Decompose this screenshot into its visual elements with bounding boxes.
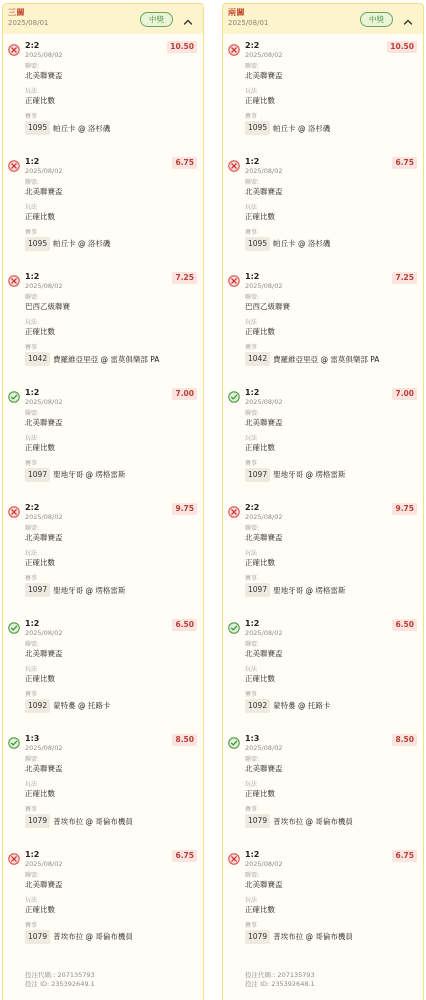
event-label: 賽事 (245, 344, 257, 352)
leg-score: 2:2 (25, 41, 39, 51)
league-value: 北美聯賽盃 (245, 418, 283, 428)
event-id: 1095 (25, 121, 50, 135)
league-label: 聯盟: (25, 179, 39, 187)
event-label: 賽事 (245, 575, 257, 583)
odds-badge: 6.50 (172, 619, 197, 631)
x-circle-icon (8, 157, 20, 169)
event-name: 普埃布拉 @ 哥倫布機員 (273, 816, 353, 827)
leg-score: 1:2 (25, 272, 39, 282)
play-value: 正確比數 (245, 212, 275, 222)
leg-score: 2:2 (245, 41, 259, 51)
list-item: 1:2 2025/08/02 6.50 聯盟: 北美聯賽盃 玩法 正確比數 賽事… (8, 619, 197, 735)
x-circle-icon (8, 41, 20, 53)
leg-date: 2025/08/02 (245, 167, 282, 176)
play-value: 正確比數 (245, 789, 275, 799)
event-id: 1079 (245, 814, 270, 828)
leg-score: 1:2 (25, 157, 39, 167)
bet-slip-list: 三關 2025/08/01 中獎 2:2 2025/08/02 10.50 聯盟… (0, 0, 426, 1000)
panel-title: 兩關 (228, 8, 423, 18)
league-value: 北美聯賽盃 (245, 649, 283, 659)
play-value: 正確比數 (245, 443, 275, 453)
event-name: 費羅維亞里亞 @ 雷莫俱樂部 PA (53, 354, 159, 365)
play-label: 玩法 (245, 319, 257, 327)
event-id: 1092 (25, 699, 50, 713)
odds-badge: 9.75 (392, 503, 417, 515)
list-item: 2:2 2025/08/02 9.75 聯盟: 北美聯賽盃 玩法 正確比數 賽事… (228, 503, 417, 619)
event-name: 普埃布拉 @ 哥倫布機員 (273, 931, 353, 942)
league-label: 聯盟: (245, 872, 259, 880)
check-circle-icon (8, 388, 20, 400)
list-item: 1:2 2025/08/02 6.75 聯盟: 北美聯賽盃 玩法 正確比數 賽事… (8, 157, 197, 273)
event-name: 蒙特婁 @ 托路卡 (53, 700, 110, 711)
league-value: 北美聯賽盃 (25, 418, 63, 428)
list-item: 1:3 2025/08/02 8.50 聯盟: 北美聯賽盃 玩法 正確比數 賽事… (228, 734, 417, 850)
bet-meta: 投注代碼:: 207135793 投注 ID: 235392648.1 (223, 965, 423, 989)
event-row: 1097 聖地牙哥 @ 塄格雷斯 (245, 583, 345, 597)
league-value: 北美聯賽盃 (25, 880, 63, 890)
event-id: 1095 (245, 121, 270, 135)
event-name: 帕丘卡 @ 洛杉磯 (273, 123, 330, 134)
event-row: 1079 普埃布拉 @ 哥倫布機員 (245, 930, 353, 944)
leg-date: 2025/08/02 (25, 282, 62, 291)
play-value: 正確比數 (245, 96, 275, 106)
panel-date: 2025/08/01 (8, 18, 203, 28)
play-label: 玩法 (245, 435, 257, 443)
list-item: 1:2 2025/08/02 7.00 聯盟: 北美聯賽盃 玩法 正確比數 賽事… (228, 388, 417, 504)
leg-date: 2025/08/02 (245, 629, 282, 638)
play-value: 正確比數 (245, 327, 275, 337)
event-name: 普埃布拉 @ 哥倫布機員 (53, 931, 133, 942)
leg-score: 1:3 (245, 734, 259, 744)
play-label: 玩法 (25, 88, 37, 96)
leg-score: 1:2 (245, 272, 259, 282)
league-label: 聯盟: (245, 756, 259, 764)
event-id: 1097 (25, 468, 50, 482)
leg-date: 2025/08/02 (25, 744, 62, 753)
event-row: 1079 普埃布拉 @ 哥倫布機員 (245, 814, 353, 828)
play-value: 正確比數 (245, 558, 275, 568)
play-label: 玩法 (25, 550, 37, 558)
panel-header[interactable]: 三關 2025/08/01 中獎 (3, 4, 203, 34)
x-circle-icon (228, 157, 240, 169)
leg-date: 2025/08/02 (245, 51, 282, 60)
league-label: 聯盟: (245, 525, 259, 533)
event-name: 聖地牙哥 @ 塄格雷斯 (53, 585, 125, 596)
play-value: 正確比數 (25, 96, 55, 106)
event-id: 1042 (25, 352, 50, 366)
league-label: 聯盟: (245, 641, 259, 649)
play-label: 玩法 (245, 897, 257, 905)
play-value: 正確比數 (25, 789, 55, 799)
league-label: 聯盟: (245, 63, 259, 71)
league-label: 聯盟: (25, 756, 39, 764)
event-name: 普埃布拉 @ 哥倫布機員 (53, 816, 133, 827)
x-circle-icon (228, 503, 240, 515)
panel-title: 三關 (8, 8, 203, 18)
event-row: 1042 費羅維亞里亞 @ 雷莫俱樂部 PA (245, 352, 379, 366)
league-value: 北美聯賽盃 (25, 649, 63, 659)
event-name: 聖地牙哥 @ 塄格雷斯 (53, 469, 125, 480)
league-value: 北美聯賽盃 (25, 533, 63, 543)
event-row: 1092 蒙特婁 @ 托路卡 (25, 699, 110, 713)
event-name: 聖地牙哥 @ 塄格雷斯 (273, 585, 345, 596)
event-label: 賽事 (25, 922, 37, 930)
event-row: 1095 帕丘卡 @ 洛杉磯 (245, 237, 330, 251)
play-value: 正確比數 (25, 212, 55, 222)
league-value: 北美聯賽盃 (245, 533, 283, 543)
list-item: 1:2 2025/08/02 7.25 聯盟: 巴西乙級聯賽 玩法 正確比數 賽… (8, 272, 197, 388)
leg-date: 2025/08/02 (25, 51, 62, 60)
leg-score: 1:2 (25, 388, 39, 398)
event-id: 1079 (25, 814, 50, 828)
x-circle-icon (228, 850, 240, 862)
event-label: 賽事 (25, 806, 37, 814)
play-label: 玩法 (25, 319, 37, 327)
leg-date: 2025/08/02 (25, 513, 62, 522)
league-value: 北美聯賽盃 (245, 71, 283, 81)
play-label: 玩法 (25, 897, 37, 905)
check-circle-icon (228, 388, 240, 400)
bet-code: 投注代碼:: 207135793 (245, 971, 423, 980)
leg-date: 2025/08/02 (245, 513, 282, 522)
event-row: 1095 帕丘卡 @ 洛杉磯 (245, 121, 330, 135)
odds-badge: 8.50 (172, 734, 197, 746)
event-row: 1097 聖地牙哥 @ 塄格雷斯 (245, 468, 345, 482)
event-id: 1079 (25, 930, 50, 944)
bet-code: 投注代碼:: 207135793 (25, 971, 203, 980)
leg-date: 2025/08/02 (25, 860, 62, 869)
leg-date: 2025/08/02 (25, 398, 62, 407)
league-label: 聯盟: (25, 641, 39, 649)
event-name: 帕丘卡 @ 洛杉磯 (53, 238, 110, 249)
list-item: 1:2 2025/08/02 6.75 聯盟: 北美聯賽盃 玩法 正確比數 賽事… (8, 850, 197, 966)
odds-badge: 10.50 (167, 41, 197, 53)
league-value: 北美聯賽盃 (245, 880, 283, 890)
leg-date: 2025/08/02 (25, 167, 62, 176)
odds-badge: 6.50 (392, 619, 417, 631)
bet-id: 投注 ID: 235392648.1 (245, 980, 423, 989)
odds-badge: 8.50 (392, 734, 417, 746)
event-row: 1079 普埃布拉 @ 哥倫布機員 (25, 930, 133, 944)
leg-score: 1:2 (245, 850, 259, 860)
event-label: 賽事 (245, 460, 257, 468)
event-label: 賽事 (25, 460, 37, 468)
leg-score: 1:2 (245, 388, 259, 398)
x-circle-icon (8, 272, 20, 284)
leg-score: 1:2 (25, 850, 39, 860)
leg-date: 2025/08/02 (25, 629, 62, 638)
event-label: 賽事 (245, 691, 257, 699)
event-id: 1097 (25, 583, 50, 597)
event-label: 賽事 (245, 113, 257, 121)
play-label: 玩法 (25, 204, 37, 212)
event-row: 1097 聖地牙哥 @ 塄格雷斯 (25, 583, 125, 597)
status-badge: 中獎 (140, 12, 173, 27)
play-label: 玩法 (25, 666, 37, 674)
leg-score: 2:2 (245, 503, 259, 513)
event-label: 賽事 (245, 922, 257, 930)
x-circle-icon (228, 272, 240, 284)
legs-list: 2:2 2025/08/02 10.50 聯盟: 北美聯賽盃 玩法 正確比數 賽… (223, 34, 423, 965)
leg-date: 2025/08/02 (245, 860, 282, 869)
check-circle-icon (228, 734, 240, 746)
event-row: 1079 普埃布拉 @ 哥倫布機員 (25, 814, 133, 828)
x-circle-icon (8, 850, 20, 862)
event-id: 1079 (245, 930, 270, 944)
league-label: 聯盟: (25, 872, 39, 880)
league-value: 巴西乙級聯賽 (25, 302, 70, 312)
play-label: 玩法 (245, 88, 257, 96)
odds-badge: 7.00 (172, 388, 197, 400)
league-value: 北美聯賽盃 (25, 764, 63, 774)
panel-header[interactable]: 兩關 2025/08/01 中獎 (223, 4, 423, 34)
bet-meta: 投注代碼:: 207135793 投注 ID: 235392649.1 (3, 965, 203, 989)
event-row: 1042 費羅維亞里亞 @ 雷莫俱樂部 PA (25, 352, 159, 366)
event-id: 1095 (245, 237, 270, 251)
event-name: 帕丘卡 @ 洛杉磯 (53, 123, 110, 134)
league-label: 聯盟: (245, 179, 259, 187)
legs-list: 2:2 2025/08/02 10.50 聯盟: 北美聯賽盃 玩法 正確比數 賽… (3, 34, 203, 965)
play-value: 正確比數 (245, 905, 275, 915)
list-item: 1:2 2025/08/02 6.50 聯盟: 北美聯賽盃 玩法 正確比數 賽事… (228, 619, 417, 735)
list-item: 2:2 2025/08/02 10.50 聯盟: 北美聯賽盃 玩法 正確比數 賽… (228, 41, 417, 157)
parlay-panel-2-leg: 兩關 2025/08/01 中獎 2:2 2025/08/02 10.50 聯盟… (222, 3, 424, 1000)
play-label: 玩法 (245, 204, 257, 212)
league-label: 聯盟: (25, 63, 39, 71)
leg-score: 2:2 (25, 503, 39, 513)
chevron-up-icon[interactable] (402, 13, 414, 25)
chevron-up-icon[interactable] (182, 13, 194, 25)
bet-id: 投注 ID: 235392649.1 (25, 980, 203, 989)
play-value: 正確比數 (25, 905, 55, 915)
event-name: 帕丘卡 @ 洛杉磯 (273, 238, 330, 249)
event-id: 1097 (245, 468, 270, 482)
play-value: 正確比數 (25, 558, 55, 568)
play-value: 正確比數 (245, 674, 275, 684)
event-row: 1095 帕丘卡 @ 洛杉磯 (25, 121, 110, 135)
leg-score: 1:3 (25, 734, 39, 744)
check-circle-icon (228, 619, 240, 631)
leg-score: 1:2 (245, 157, 259, 167)
odds-badge: 7.00 (392, 388, 417, 400)
play-label: 玩法 (245, 781, 257, 789)
list-item: 2:2 2025/08/02 10.50 聯盟: 北美聯賽盃 玩法 正確比數 賽… (8, 41, 197, 157)
league-label: 聯盟: (245, 410, 259, 418)
list-item: 1:2 2025/08/02 7.00 聯盟: 北美聯賽盃 玩法 正確比數 賽事… (8, 388, 197, 504)
event-row: 1097 聖地牙哥 @ 塄格雷斯 (25, 468, 125, 482)
play-label: 玩法 (245, 550, 257, 558)
event-label: 賽事 (25, 575, 37, 583)
league-value: 北美聯賽盃 (245, 764, 283, 774)
play-value: 正確比數 (25, 674, 55, 684)
play-value: 正確比數 (25, 327, 55, 337)
league-label: 聯盟: (25, 294, 39, 302)
event-row: 1095 帕丘卡 @ 洛杉磯 (25, 237, 110, 251)
leg-date: 2025/08/02 (245, 282, 282, 291)
event-name: 費羅維亞里亞 @ 雷莫俱樂部 PA (273, 354, 379, 365)
odds-badge: 7.25 (172, 272, 197, 284)
event-id: 1095 (25, 237, 50, 251)
event-id: 1097 (245, 583, 270, 597)
list-item: 1:2 2025/08/02 6.75 聯盟: 北美聯賽盃 玩法 正確比數 賽事… (228, 850, 417, 966)
odds-badge: 6.75 (172, 157, 197, 169)
event-label: 賽事 (245, 806, 257, 814)
play-label: 玩法 (25, 435, 37, 443)
leg-date: 2025/08/02 (245, 398, 282, 407)
check-circle-icon (8, 619, 20, 631)
x-circle-icon (228, 41, 240, 53)
leg-score: 1:2 (25, 619, 39, 629)
league-label: 聯盟: (245, 294, 259, 302)
event-row: 1092 蒙特婁 @ 托路卡 (245, 699, 330, 713)
play-label: 玩法 (25, 781, 37, 789)
odds-badge: 6.75 (392, 157, 417, 169)
play-value: 正確比數 (25, 443, 55, 453)
event-label: 賽事 (25, 691, 37, 699)
league-value: 北美聯賽盃 (245, 187, 283, 197)
event-label: 賽事 (245, 229, 257, 237)
list-item: 1:2 2025/08/02 6.75 聯盟: 北美聯賽盃 玩法 正確比數 賽事… (228, 157, 417, 273)
league-value: 北美聯賽盃 (25, 187, 63, 197)
x-circle-icon (8, 503, 20, 515)
odds-badge: 6.75 (392, 850, 417, 862)
status-badge: 中獎 (360, 12, 393, 27)
odds-badge: 10.50 (387, 41, 417, 53)
event-label: 賽事 (25, 113, 37, 121)
league-value: 北美聯賽盃 (25, 71, 63, 81)
odds-badge: 7.25 (392, 272, 417, 284)
leg-date: 2025/08/02 (245, 744, 282, 753)
odds-badge: 6.75 (172, 850, 197, 862)
leg-score: 1:2 (245, 619, 259, 629)
odds-badge: 9.75 (172, 503, 197, 515)
list-item: 1:3 2025/08/02 8.50 聯盟: 北美聯賽盃 玩法 正確比數 賽事… (8, 734, 197, 850)
parlay-panel-3-leg: 三關 2025/08/01 中獎 2:2 2025/08/02 10.50 聯盟… (2, 3, 204, 1000)
panel-date: 2025/08/01 (228, 18, 423, 28)
league-label: 聯盟: (25, 410, 39, 418)
list-item: 1:2 2025/08/02 7.25 聯盟: 巴西乙級聯賽 玩法 正確比數 賽… (228, 272, 417, 388)
event-label: 賽事 (25, 344, 37, 352)
event-name: 聖地牙哥 @ 塄格雷斯 (273, 469, 345, 480)
event-label: 賽事 (25, 229, 37, 237)
event-name: 蒙特婁 @ 托路卡 (273, 700, 330, 711)
check-circle-icon (8, 734, 20, 746)
league-value: 巴西乙級聯賽 (245, 302, 290, 312)
list-item: 2:2 2025/08/02 9.75 聯盟: 北美聯賽盃 玩法 正確比數 賽事… (8, 503, 197, 619)
event-id: 1092 (245, 699, 270, 713)
event-id: 1042 (245, 352, 270, 366)
play-label: 玩法 (245, 666, 257, 674)
league-label: 聯盟: (25, 525, 39, 533)
